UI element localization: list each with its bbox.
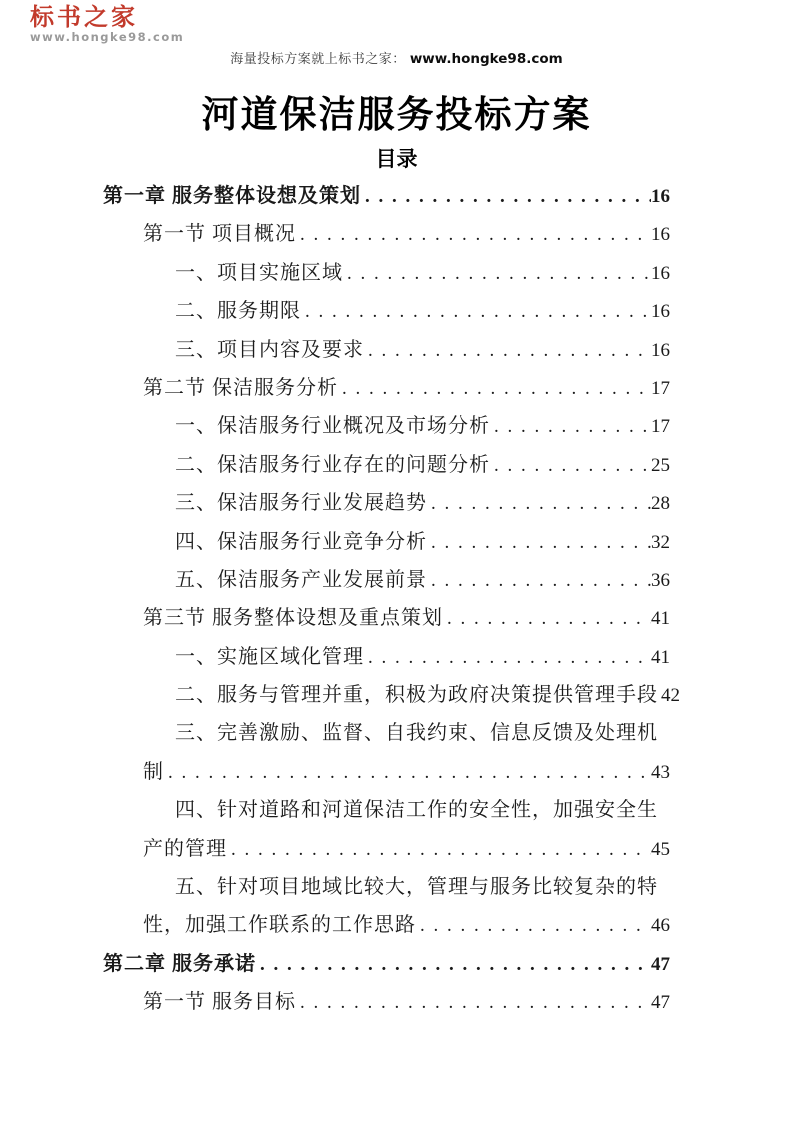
toc-entry-text: 产的管理 xyxy=(143,830,227,868)
toc-dot-leader: . . . . . . . . . . . . . . . . . . . . … xyxy=(430,562,651,600)
toc-dot-leader: . . . . . . . . . . . . . . . . . . . . … xyxy=(299,216,651,254)
toc-page-number: 41 xyxy=(651,600,670,638)
toc-page-number: 42 xyxy=(661,677,680,715)
toc-row: 产的管理 . . . . . . . . . . . . . . . . . .… xyxy=(103,830,670,868)
toc-page-number: 17 xyxy=(651,370,670,408)
toc-dot-leader: . . . . . . . . . . . . . . . . . . . . … xyxy=(430,524,651,562)
header-slogan: 海量投标方案就上标书之家： xyxy=(230,51,406,66)
toc-dot-leader: . . . . . . . . . . . . . . . . . . . . … xyxy=(304,293,651,331)
toc-row: 二、服务期限 . . . . . . . . . . . . . . . . .… xyxy=(103,292,670,330)
toc-page-number: 36 xyxy=(651,562,670,600)
toc-dot-leader: . . . . . . . . . . . . . . . . . . . . … xyxy=(419,907,651,945)
toc-entry-text: 一、实施区域化管理 xyxy=(175,638,364,676)
toc-dot-leader: . . . . . . . . . . . . . . . . . . . . … xyxy=(430,485,651,523)
toc-dot-leader: . . . . . . . . . . . . . . . . . . . . … xyxy=(367,639,651,677)
toc-row: 第二节 保洁服务分析 . . . . . . . . . . . . . . .… xyxy=(103,369,670,407)
toc-page-number: 16 xyxy=(651,255,670,293)
toc-entry-text: 四、保洁服务行业竞争分析 xyxy=(175,523,427,561)
document-title: 河道保洁服务投标方案 xyxy=(0,84,793,138)
page-header: 海量投标方案就上标书之家：www.hongke98.com xyxy=(0,48,793,68)
toc-dot-leader: . . . . . . . . . . . . . . . . . . . . … xyxy=(493,408,651,446)
toc-page-number: 47 xyxy=(651,984,670,1022)
toc-entry-text: 第一节 项目概况 xyxy=(143,215,296,253)
toc-row: 三、保洁服务行业发展趋势 . . . . . . . . . . . . . .… xyxy=(103,484,670,522)
toc-entry-text: 第三节 服务整体设想及重点策划 xyxy=(143,599,443,637)
toc-page-number: 45 xyxy=(651,831,670,869)
toc-entry-text: 制 xyxy=(143,753,164,791)
toc-entry-text: 性，加强工作联系的工作思路 xyxy=(143,906,416,944)
toc-row: 五、保洁服务产业发展前景 . . . . . . . . . . . . . .… xyxy=(103,561,670,599)
toc-page-number: 25 xyxy=(651,447,670,485)
toc-entry-text: 一、保洁服务行业概况及市场分析 xyxy=(175,407,490,445)
toc-entry-text: 三、完善激励、监督、自我约束、信息反馈及处理机 xyxy=(175,714,658,752)
toc-row: 第一节 项目概况 . . . . . . . . . . . . . . . .… xyxy=(103,215,670,253)
toc-row: 一、保洁服务行业概况及市场分析 . . . . . . . . . . . . … xyxy=(103,407,670,445)
toc-entry-text: 三、保洁服务行业发展趋势 xyxy=(175,484,427,522)
toc-dot-leader: . . . . . . . . . . . . . . . . . . . . … xyxy=(493,447,651,485)
toc-entry-text: 第二章 服务承诺 xyxy=(103,945,256,983)
logo-url-text: www.hongke98.com xyxy=(30,30,210,45)
toc-row: 二、保洁服务行业存在的问题分析 . . . . . . . . . . . . … xyxy=(103,446,670,484)
toc-row: 四、针对道路和河道保洁工作的安全性，加强安全生 xyxy=(103,791,670,829)
toc-row: 一、项目实施区域 . . . . . . . . . . . . . . . .… xyxy=(103,254,670,292)
toc-dot-leader: . . . . . . . . . . . . . . . . . . . . … xyxy=(367,332,651,370)
toc-page-number: 47 xyxy=(651,946,670,984)
toc-entry-text: 三、项目内容及要求 xyxy=(175,331,364,369)
toc-entry-text: 二、服务期限 xyxy=(175,292,301,330)
toc-row: 三、完善激励、监督、自我约束、信息反馈及处理机 xyxy=(103,714,670,752)
site-logo: 标书之家 www.hongke98.com xyxy=(30,4,210,45)
toc-page-number: 16 xyxy=(651,216,670,254)
toc-page-number: 41 xyxy=(651,639,670,677)
toc-entry-text: 五、保洁服务产业发展前景 xyxy=(175,561,427,599)
toc-row: 一、实施区域化管理 . . . . . . . . . . . . . . . … xyxy=(103,638,670,676)
toc-page-number: 46 xyxy=(651,907,670,945)
toc-page-number: 16 xyxy=(651,293,670,331)
toc-row: 三、项目内容及要求 . . . . . . . . . . . . . . . … xyxy=(103,331,670,369)
toc-row: 二、服务与管理并重，积极为政府决策提供管理手段 42 xyxy=(103,676,670,714)
toc-page-number: 16 xyxy=(651,178,670,216)
toc-page-number: 17 xyxy=(651,408,670,446)
toc-entry-text: 第二节 保洁服务分析 xyxy=(143,369,338,407)
toc-page-number: 28 xyxy=(651,485,670,523)
toc-dot-leader: . . . . . . . . . . . . . . . . . . . . … xyxy=(446,600,651,638)
toc-row: 性，加强工作联系的工作思路 . . . . . . . . . . . . . … xyxy=(103,906,670,944)
toc-page-number: 32 xyxy=(651,524,670,562)
toc-dot-leader: . . . . . . . . . . . . . . . . . . . . … xyxy=(167,754,651,792)
toc-page-number: 16 xyxy=(651,332,670,370)
toc-row: 五、针对项目地域比较大，管理与服务比较复杂的特 xyxy=(103,868,670,906)
toc-page-number: 43 xyxy=(651,754,670,792)
toc: 第一章 服务整体设想及策划 . . . . . . . . . . . . . … xyxy=(103,177,670,1022)
toc-entry-text: 第一章 服务整体设想及策划 xyxy=(103,177,361,215)
toc-row: 第一节 服务目标 . . . . . . . . . . . . . . . .… xyxy=(103,983,670,1021)
toc-dot-leader: . . . . . . . . . . . . . . . . . . . . … xyxy=(341,370,651,408)
toc-entry-text: 一、项目实施区域 xyxy=(175,254,343,292)
toc-entry-text: 五、针对项目地域比较大，管理与服务比较复杂的特 xyxy=(175,868,658,906)
document-page: 标书之家 www.hongke98.com 海量投标方案就上标书之家：www.h… xyxy=(0,0,793,1122)
toc-heading: 目录 xyxy=(0,143,793,173)
toc-dot-leader: . . . . . . . . . . . . . . . . . . . . … xyxy=(364,178,651,216)
toc-dot-leader: . . . . . . . . . . . . . . . . . . . . … xyxy=(230,831,651,869)
toc-row: 第一章 服务整体设想及策划 . . . . . . . . . . . . . … xyxy=(103,177,670,215)
toc-row: 制 . . . . . . . . . . . . . . . . . . . … xyxy=(103,753,670,791)
toc-entry-text: 第一节 服务目标 xyxy=(143,983,296,1021)
toc-entry-text: 二、服务与管理并重，积极为政府决策提供管理手段 xyxy=(175,676,658,714)
toc-row: 第三节 服务整体设想及重点策划 . . . . . . . . . . . . … xyxy=(103,599,670,637)
toc-dot-leader: . . . . . . . . . . . . . . . . . . . . … xyxy=(299,984,651,1022)
toc-row: 四、保洁服务行业竞争分析 . . . . . . . . . . . . . .… xyxy=(103,523,670,561)
header-url: www.hongke98.com xyxy=(410,51,563,67)
toc-row: 第二章 服务承诺 . . . . . . . . . . . . . . . .… xyxy=(103,945,670,983)
logo-brand-text: 标书之家 xyxy=(30,4,210,30)
toc-dot-leader: . . . . . . . . . . . . . . . . . . . . … xyxy=(259,946,651,984)
toc-entry-text: 二、保洁服务行业存在的问题分析 xyxy=(175,446,490,484)
toc-dot-leader: . . . . . . . . . . . . . . . . . . . . … xyxy=(346,255,651,293)
toc-entry-text: 四、针对道路和河道保洁工作的安全性，加强安全生 xyxy=(175,791,658,829)
